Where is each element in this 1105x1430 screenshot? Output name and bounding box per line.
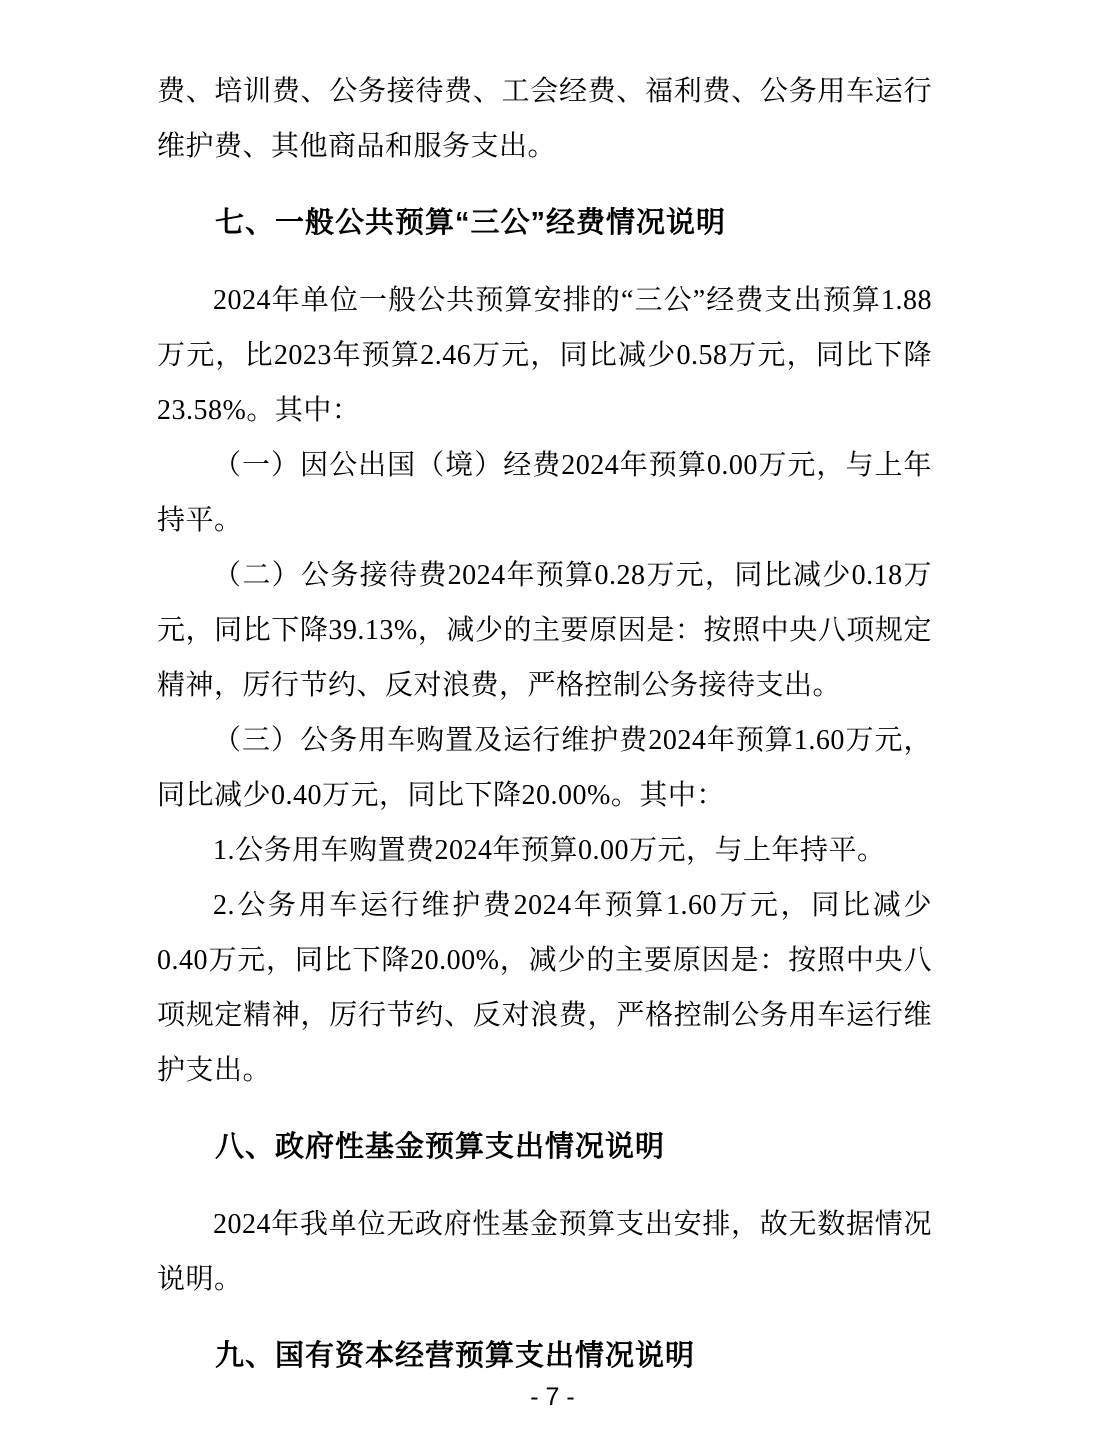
heading-section-9-state-capital: 九、国有资本经营预算支出情况说明 xyxy=(157,1329,932,1384)
paragraph-no-government-fund-budget: 2024年我单位无政府性基金预算支出安排，故无数据情况说明。 xyxy=(157,1197,932,1307)
document-page: 费、培训费、公务接待费、工会经费、福利费、公务用车运行维护费、其他商品和服务支出… xyxy=(0,0,1105,1430)
document-body: 费、培训费、公务接待费、工会经费、福利费、公务用车运行维护费、其他商品和服务支出… xyxy=(157,64,932,1406)
paragraph-item-2-official-reception: （二）公务接待费2024年预算0.28万元，同比减少0.18万元，同比下降39.… xyxy=(157,548,932,713)
heading-section-7-sangong-expenses: 七、一般公共预算“三公”经费情况说明 xyxy=(157,196,932,251)
paragraph-item-1-overseas-trips: （一）因公出国（境）经费2024年预算0.00万元，与上年持平。 xyxy=(157,438,932,548)
paragraph-item-3-official-vehicles: （三）公务用车购置及运行维护费2024年预算1.60万元，同比减少0.40万元，… xyxy=(157,713,932,823)
paragraph-vehicle-maintenance-fee: 2.公务用车运行维护费2024年预算1.60万元，同比减少0.40万元，同比下降… xyxy=(157,878,932,1098)
page-number: - 7 - xyxy=(0,1382,1105,1412)
paragraph-expense-items-continuation: 费、培训费、公务接待费、工会经费、福利费、公务用车运行维护费、其他商品和服务支出… xyxy=(157,64,932,174)
paragraph-sangong-total-budget: 2024年单位一般公共预算安排的“三公”经费支出预算1.88万元，比2023年预… xyxy=(157,273,932,438)
heading-section-8-government-funds: 八、政府性基金预算支出情况说明 xyxy=(157,1120,932,1175)
paragraph-vehicle-purchase-fee: 1.公务用车购置费2024年预算0.00万元，与上年持平。 xyxy=(157,823,932,878)
